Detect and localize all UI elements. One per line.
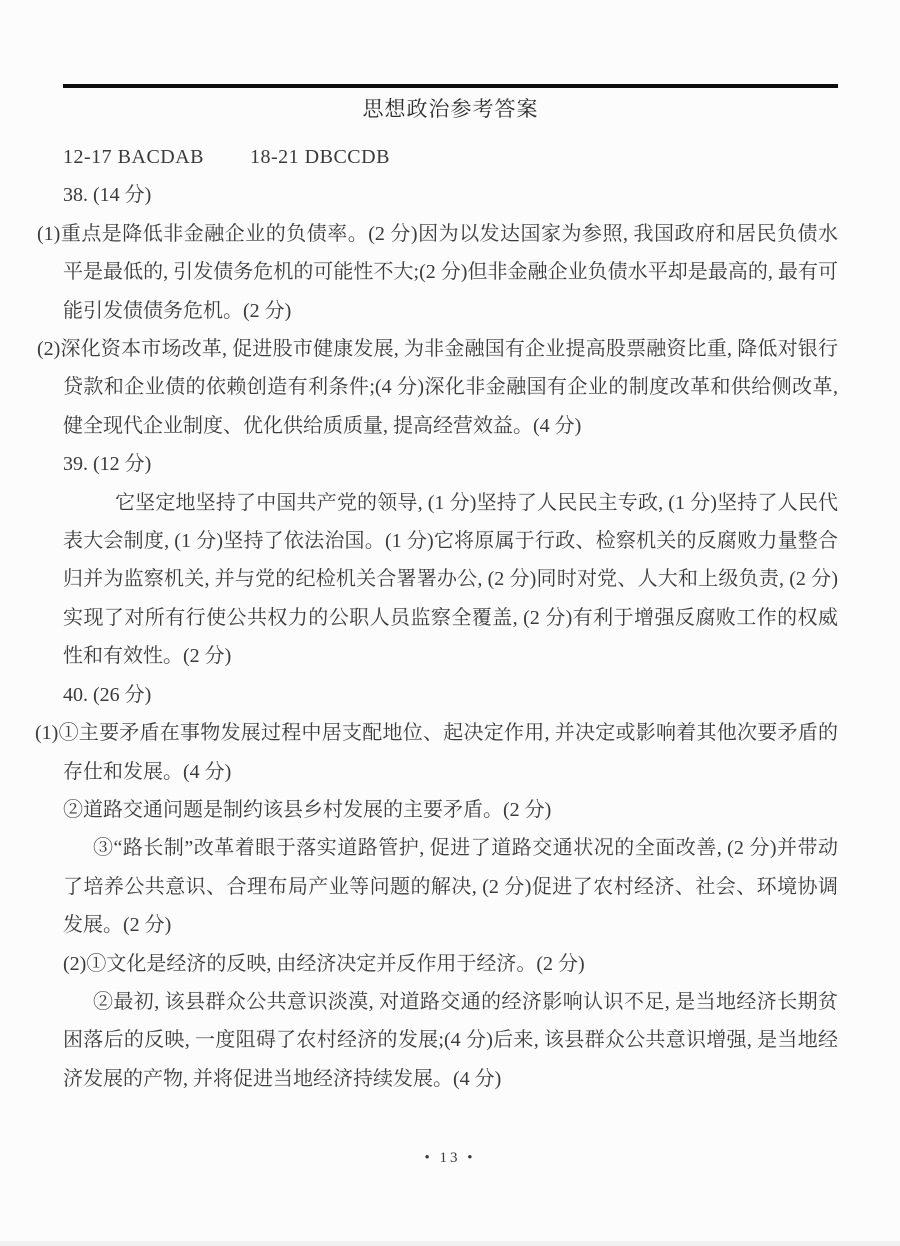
question-39-header: 39. (12 分) [63, 445, 838, 483]
question-40-part1-item2: ②道路交通问题是制约该县乡村发展的主要矛盾。(2 分) [63, 791, 838, 829]
question-40-part1-item3: ③“路长制”改革着眼于落实道路管护, 促进了道路交通状况的全面改善, (2 分)… [63, 829, 838, 944]
multiple-choice-answer-line: 12-17 BACDAB18-21 DBCCDB [63, 138, 838, 176]
page-number: • 13 • [0, 1150, 900, 1167]
answer-sheet-page: 思想政治参考答案 12-17 BACDAB18-21 DBCCDB 38. (1… [0, 0, 900, 1246]
question-40-part2-item1: (2)①文化是经济的反映, 由经济决定并反作用于经济。(2 分) [63, 945, 838, 983]
question-40-header: 40. (26 分) [63, 676, 838, 714]
answer-group-18-21: 18-21 DBCCDB [250, 146, 390, 168]
header-rule [63, 84, 838, 88]
question-38-answer-part2: (2)深化资本市场改革, 促进股市健康发展, 为非金融国有企业提高股票融资比重,… [63, 330, 838, 445]
answer-group-12-17: 12-17 BACDAB [63, 146, 204, 168]
question-40-part2-item2: ②最初, 该县群众公共意识淡漠, 对道路交通的经济影响认识不足, 是当地经济长期… [63, 983, 838, 1098]
question-38-header: 38. (14 分) [63, 176, 838, 214]
page-title: 思想政治参考答案 [63, 94, 838, 124]
question-39-answer: 它坚定地坚持了中国共产党的领导, (1 分)坚持了人民民主专政, (1 分)坚持… [63, 484, 838, 676]
question-38-answer-part1: (1)重点是降低非金融企业的负债率。(2 分)因为以发达国家为参照, 我国政府和… [63, 215, 838, 330]
document-body: 12-17 BACDAB18-21 DBCCDB 38. (14 分) (1)重… [63, 138, 838, 1098]
question-40-part1-item1: (1)①主要矛盾在事物发展过程中居支配地位、起决定作用, 并决定或影响着其他次要… [63, 714, 838, 791]
page-bottom-edge [0, 1241, 900, 1246]
